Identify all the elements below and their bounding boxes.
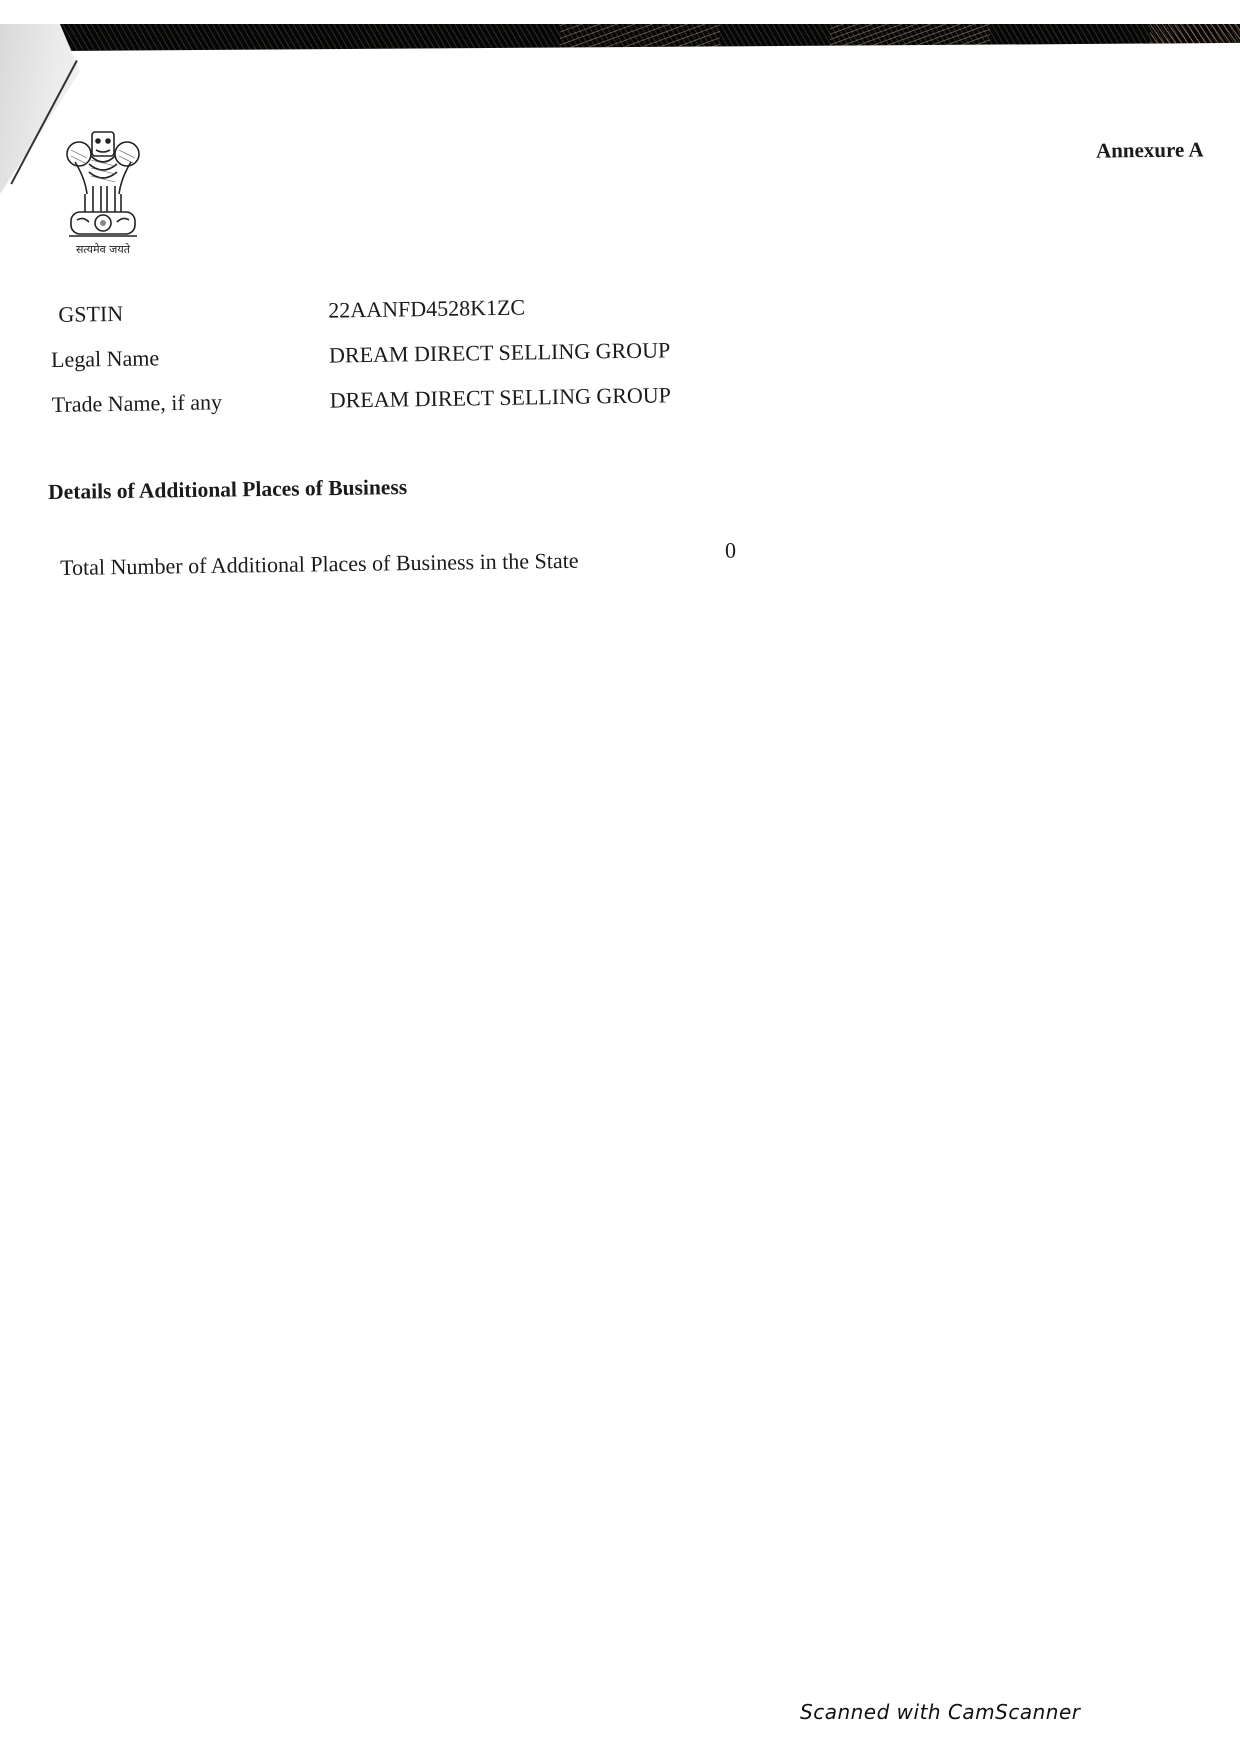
field-row-trade-name: Trade Name, if any DREAM DIRECT SELLING … bbox=[51, 372, 671, 427]
scanner-watermark: Scanned with CamScanner bbox=[800, 1700, 1080, 1724]
total-places-value: 0 bbox=[725, 538, 740, 572]
total-places-label: Total Number of Additional Places of Bus… bbox=[60, 548, 579, 581]
registration-details: GSTIN 22AANFD4528K1ZC Legal Name DREAM D… bbox=[50, 282, 671, 427]
total-places-row: Total Number of Additional Places of Bus… bbox=[60, 546, 740, 581]
dark-background-band bbox=[60, 24, 1240, 51]
section-title: Details of Additional Places of Business bbox=[48, 475, 407, 505]
legal-name-value: DREAM DIRECT SELLING GROUP bbox=[329, 337, 671, 368]
trade-name-value: DREAM DIRECT SELLING GROUP bbox=[330, 382, 672, 413]
trade-name-label: Trade Name, if any bbox=[52, 387, 330, 417]
national-emblem-icon bbox=[61, 128, 145, 240]
legal-name-label: Legal Name bbox=[51, 342, 329, 372]
emblem-motto: सत्यमेव जयते bbox=[58, 242, 148, 257]
scan-top-edge bbox=[0, 0, 1240, 52]
gstin-value: 22AANFD4528K1ZC bbox=[328, 294, 525, 323]
annexure-label: Annexure A bbox=[1096, 137, 1204, 163]
gstin-label: GSTIN bbox=[50, 297, 328, 327]
national-emblem: सत्यमेव जयते bbox=[58, 128, 148, 268]
